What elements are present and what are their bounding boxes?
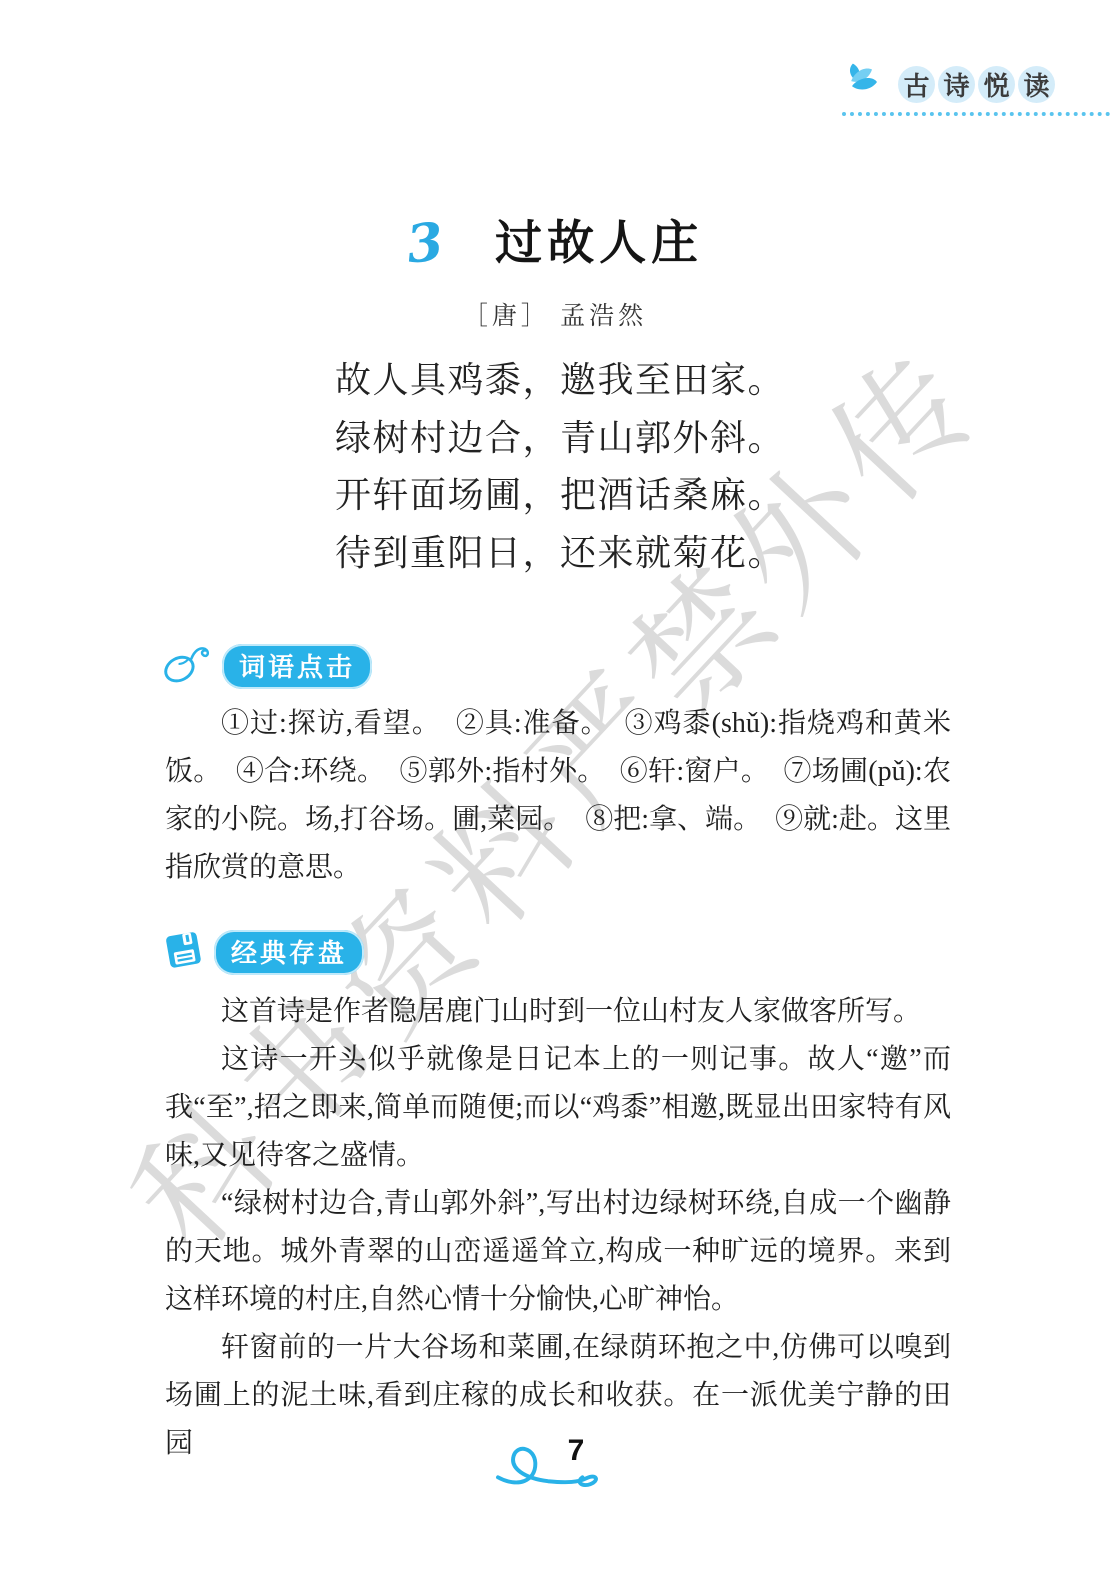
lesson-title: 过故人庄: [495, 214, 703, 274]
commentary-paragraph: 这诗一开头似乎就像是日记本上的一则记事。故人“邀”而我“至”,招之即来,简单而随…: [165, 1036, 951, 1180]
floppy-icon: [160, 927, 206, 978]
poem-line: 绿树村边合，青山郭外斜。: [335, 410, 785, 468]
section-label: 词语点击: [222, 644, 372, 689]
mouse-icon: [160, 641, 214, 692]
brand-char: 悦: [978, 66, 1015, 103]
classic-commentary: 这首诗是作者隐居鹿门山时到一位山村友人家做客所写。 这诗一开头似乎就像是日记本上…: [165, 988, 951, 1468]
brand-char: 诗: [938, 66, 975, 103]
page-footer: 7: [0, 1432, 1110, 1502]
poem-line: 开轩面场圃，把酒话桑麻。: [335, 467, 785, 525]
poem-line: 故人具鸡黍，邀我至田家。: [335, 352, 785, 410]
word-annotations: ①过:探访,看望。 ②具:准备。 ③鸡黍(shǔ):指烧鸡和黄米饭。 ④合:环绕…: [165, 700, 951, 892]
textbook-page: 科书资料严禁外传 古 诗 悦 读 3 过故人庄: [0, 0, 1110, 1571]
commentary-paragraph: 这首诗是作者隐居鹿门山时到一位山村友人家做客所写。: [165, 988, 951, 1036]
commentary-paragraph: “绿树村边合,青山郭外斜”,写出村边绿树环绕,自成一个幽静的天地。城外青翠的山峦…: [165, 1180, 951, 1324]
leaf-icon: [842, 59, 892, 110]
poem-block: 故人具鸡黍，邀我至田家。 绿树村边合，青山郭外斜。 开轩面场圃，把酒话桑麻。 待…: [335, 352, 785, 582]
brand-row: 古 诗 悦 读: [842, 60, 1110, 108]
page-number: 7: [556, 1434, 596, 1468]
lesson-number: 3: [404, 212, 446, 275]
brand-char: 读: [1018, 66, 1055, 103]
brand-header: 古 诗 悦 读: [842, 60, 1110, 112]
page-content: 古 诗 悦 读 3 过故人庄 ［唐］ 孟浩然 故人具鸡黍，邀我至田家。 绿树村边…: [0, 0, 1110, 1571]
lesson-title-row: 3 过故人庄: [0, 214, 1110, 274]
section-header-classic: 经典存盘: [160, 928, 364, 976]
section-header-words: 词语点击: [160, 642, 372, 690]
poem-line: 待到重阳日，还来就菊花。: [335, 525, 785, 583]
annotation-paragraph: ①过:探访,看望。 ②具:准备。 ③鸡黍(shǔ):指烧鸡和黄米饭。 ④合:环绕…: [165, 700, 951, 892]
section-label: 经典存盘: [214, 930, 364, 975]
brand-char: 古: [898, 66, 935, 103]
poem-author: ［唐］ 孟浩然: [0, 296, 1110, 332]
dotted-divider: [842, 112, 1110, 116]
